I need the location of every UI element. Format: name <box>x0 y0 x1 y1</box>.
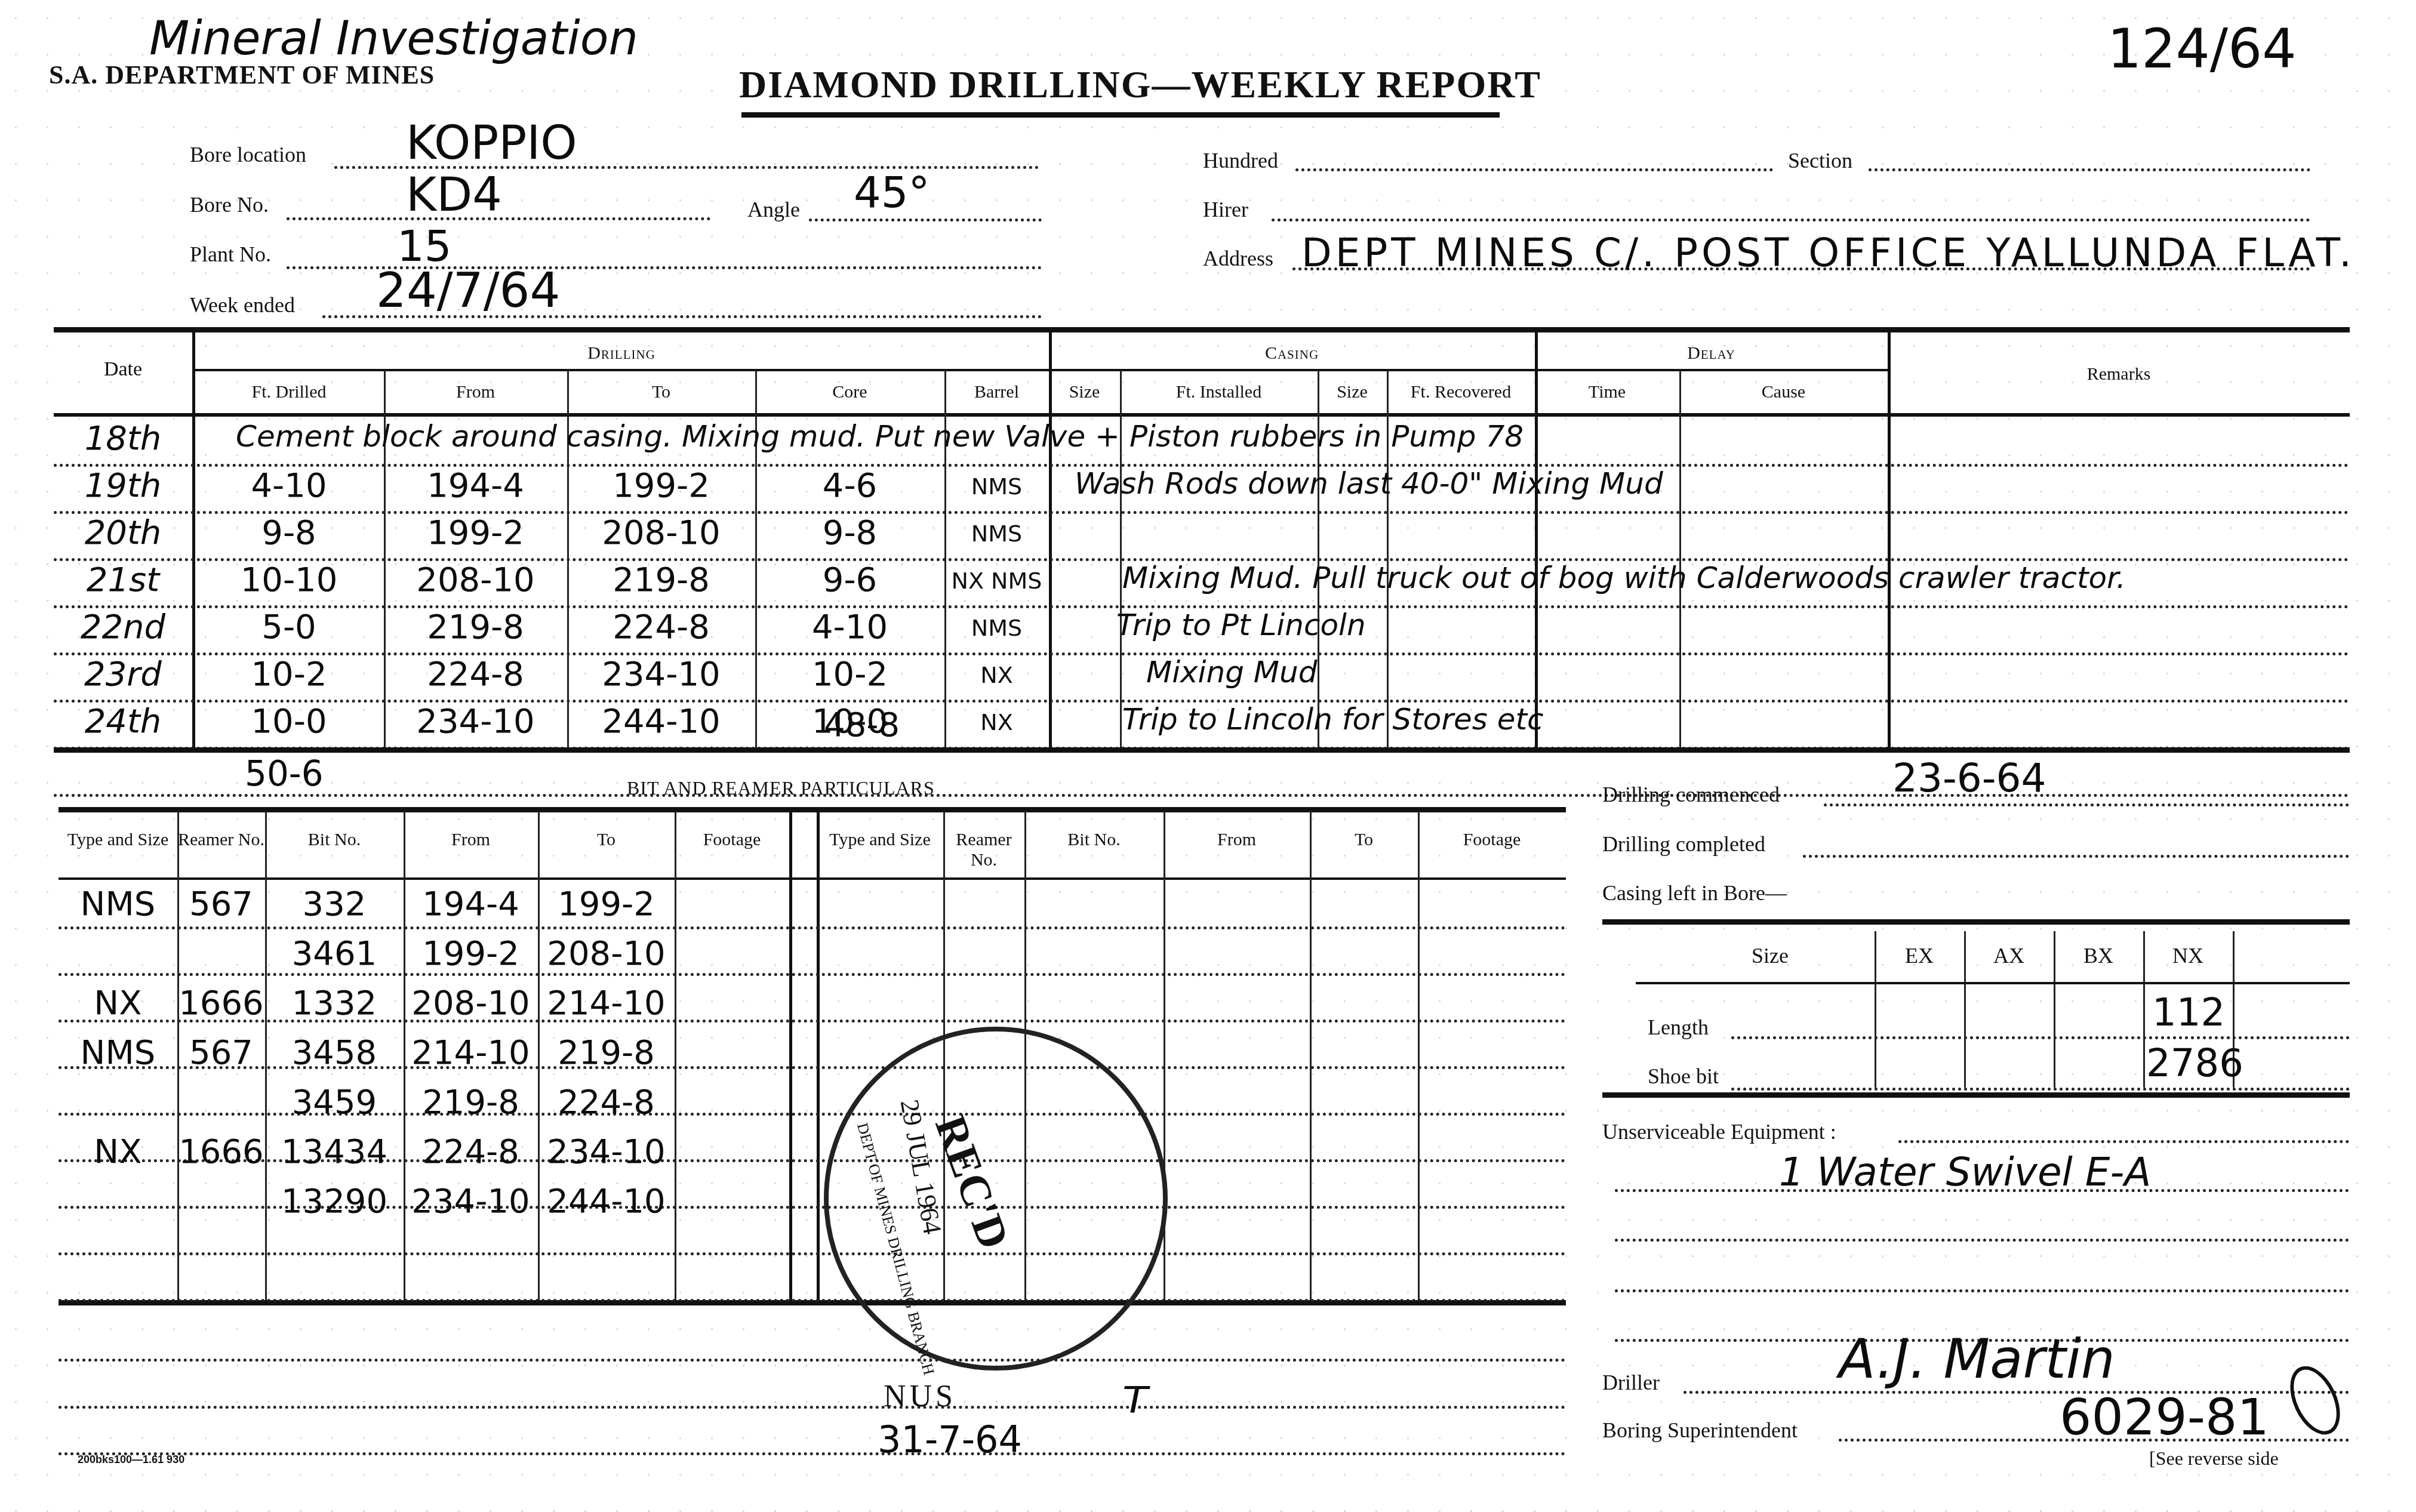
section-line <box>1869 168 2310 171</box>
cell-date: 19th <box>54 466 192 505</box>
cell-reamer: 567 <box>177 885 265 923</box>
row-line <box>1731 1088 2350 1091</box>
cell-to: 244-10 <box>567 702 755 741</box>
cell-ft-drilled: 5-0 <box>194 608 384 646</box>
col-header-ft-installed: Ft. Installed <box>1120 382 1318 402</box>
cell-to: 199-2 <box>567 466 755 505</box>
cell-from: 234-10 <box>404 1182 538 1221</box>
superintendent-entry[interactable]: 6029-81 <box>2060 1388 2269 1446</box>
cell-from: 194-4 <box>404 885 538 923</box>
field-line <box>1615 1239 2349 1242</box>
initial-mark: ᵀ <box>1122 1373 1147 1449</box>
cell-from: 224-8 <box>384 655 567 694</box>
bore-location-value[interactable]: KOPPIO <box>406 116 577 170</box>
cell-ft-drilled: 4-10 <box>194 466 384 505</box>
col-header-delay-time: Time <box>1535 382 1679 402</box>
header-bottom-rule <box>54 413 2350 417</box>
cell-date: 20th <box>54 513 192 552</box>
cell-date: 23rd <box>54 655 192 694</box>
cell-to: 219-8 <box>538 1033 675 1072</box>
nx-shoe-bit-value: 2786 <box>2146 1042 2243 1086</box>
cell-bit: 13290 <box>265 1182 404 1221</box>
cell-reamer: 1666 <box>177 1132 265 1171</box>
row-line <box>59 1299 1566 1302</box>
row-line <box>59 1252 1566 1255</box>
total-ft-drilled: 50-6 <box>245 753 324 794</box>
cell-bit: 1332 <box>265 984 404 1023</box>
cell-from: 199-2 <box>384 513 567 552</box>
bit-col-header-1: Bit No. <box>265 830 404 850</box>
angle-value[interactable]: 45° <box>854 167 930 217</box>
angle-label: Angle <box>747 197 800 222</box>
drilling-commenced-value[interactable]: 23-6-64 <box>1892 755 2046 801</box>
cell-ft-drilled: 10-0 <box>194 702 384 741</box>
cell-to: 234-10 <box>538 1132 675 1171</box>
group-header-delay: Delay <box>1535 343 1888 364</box>
col-header-barrel: Barrel <box>944 382 1049 402</box>
drilling-commenced-label: Drilling commenced <box>1602 782 1780 807</box>
col-header-core: Core <box>755 382 944 402</box>
casing-header-rule <box>1636 982 2350 984</box>
cell-ft-drilled: 10-2 <box>194 655 384 694</box>
cell-type: NMS <box>59 1033 177 1072</box>
col-divider <box>789 812 792 1300</box>
cell-bit: 13434 <box>265 1132 404 1171</box>
cell-to: 208-10 <box>538 934 675 973</box>
print-code: 200bks100—1.61 930 <box>78 1454 184 1466</box>
cell-reamer: 567 <box>177 1033 265 1072</box>
cell-to: 219-8 <box>567 561 755 599</box>
col-header-recovered-size: Size <box>1318 382 1387 402</box>
cell-to: 244-10 <box>538 1182 675 1221</box>
plant-no-label: Plant No. <box>190 242 271 267</box>
bit-col-header-1: Footage <box>675 830 789 850</box>
group-header-casing: Casing <box>1049 343 1535 364</box>
bit-table-top-rule <box>59 807 1566 812</box>
cell-from: 224-8 <box>404 1132 538 1171</box>
bore-no-value[interactable]: KD4 <box>406 168 502 222</box>
row-line <box>1731 1036 2350 1039</box>
cell-from: 214-10 <box>404 1033 538 1072</box>
driller-label: Driller <box>1602 1370 1660 1395</box>
cell-type: NX <box>59 1132 177 1171</box>
cell-date: 24th <box>54 702 192 741</box>
casing-size-label: Size <box>1666 943 1875 968</box>
nx-length-value: 112 <box>2152 991 2225 1035</box>
reverse-side-note: [See reverse side <box>2149 1448 2279 1470</box>
casing-left-label: Casing left in Bore— <box>1602 880 1787 906</box>
bit-col-header-2: To <box>1310 830 1418 850</box>
address-label: Address <box>1203 246 1273 271</box>
bit-col-header-2: From <box>1164 830 1310 850</box>
row-line <box>59 973 1566 976</box>
casing-size-nx: NX <box>2143 943 2233 968</box>
cell-date: 21st <box>54 561 192 599</box>
col-divider <box>675 812 676 1300</box>
field-line <box>1898 1140 2349 1143</box>
driller-signature[interactable]: A.J. Martin <box>1839 1328 2115 1391</box>
field-line <box>1615 1189 2349 1192</box>
row-note: Mixing Mud. Pull truck out of bog with C… <box>1122 561 2126 595</box>
row-note: Trip to Pt Lincoln <box>1116 608 1366 642</box>
row-note: Cement block around casing. Mixing mud. … <box>236 419 1524 454</box>
table-bottom-rule <box>54 747 2350 753</box>
superintendent-label: Boring Superintendent <box>1602 1418 1798 1443</box>
cell-from: 219-8 <box>404 1083 538 1122</box>
angle-line <box>809 218 1042 221</box>
file-number: 124/64 <box>2107 18 2297 81</box>
casing-size-ax: AX <box>1964 943 2054 968</box>
group-header-rule <box>194 369 1888 371</box>
cell-barrel: NX <box>944 662 1049 688</box>
col-divider <box>817 812 820 1300</box>
col-header-date: Date <box>54 358 192 381</box>
bit-col-header-2: Reamer No. <box>943 830 1024 870</box>
casing-table-top-rule <box>1602 919 2350 925</box>
cell-reamer: 1666 <box>177 984 265 1023</box>
cell-to: 224-8 <box>567 608 755 646</box>
table-top-rule <box>54 327 2350 332</box>
col-header-remarks: Remarks <box>1888 364 2350 384</box>
casing-size-ex: EX <box>1875 943 1964 968</box>
report-title: DIAMOND DRILLING—WEEKLY REPORT <box>739 63 1541 107</box>
bit-col-header-2: Footage <box>1418 830 1566 850</box>
col-divider <box>1418 812 1420 1300</box>
row-note: Trip to Lincoln for Stores etc <box>1122 702 1544 737</box>
col-header-from: From <box>384 382 567 402</box>
cell-barrel: NMS <box>944 615 1049 641</box>
col-header-ft-drilled: Ft. Drilled <box>194 382 384 402</box>
row-line <box>59 926 1566 929</box>
cell-to: 224-8 <box>538 1083 675 1122</box>
hirer-label: Hirer <box>1203 197 1248 222</box>
footer-line <box>59 1359 1566 1362</box>
cell-from: 194-4 <box>384 466 567 505</box>
cell-date: 22nd <box>54 608 192 646</box>
cell-core: 9-6 <box>755 561 944 599</box>
field-line <box>1615 1289 2349 1292</box>
cell-from: 234-10 <box>384 702 567 741</box>
group-header-drilling: Drilling <box>194 343 1049 364</box>
bit-header-rule <box>59 877 1566 880</box>
cell-barrel: NX NMS <box>944 568 1049 594</box>
casing-shoe-bit-label: Shoe bit <box>1648 1064 1719 1089</box>
cell-to: 234-10 <box>567 655 755 694</box>
cell-to: 199-2 <box>538 885 675 923</box>
week-ended-value[interactable]: 24/7/64 <box>376 263 560 318</box>
cell-core: 10-2 <box>755 655 944 694</box>
initialled-date: 31-7-64 <box>878 1418 1022 1461</box>
cell-date: 18th <box>54 419 192 458</box>
col-divider <box>1310 812 1312 1300</box>
cell-bit: 3459 <box>265 1083 404 1122</box>
hirer-line <box>1272 218 2310 221</box>
col-header-casing-size: Size <box>1049 382 1120 402</box>
field-line <box>1824 803 2349 806</box>
bit-col-header-1: From <box>404 830 538 850</box>
cell-from: 208-10 <box>384 561 567 599</box>
row-note: Mixing Mud <box>1146 655 1317 689</box>
footer-line <box>59 1406 1566 1409</box>
bit-col-header-1: To <box>538 830 675 850</box>
week-ended-label: Week ended <box>190 292 295 318</box>
cell-bit: 3461 <box>265 934 404 973</box>
field-line <box>1803 855 2349 858</box>
bit-table-title: BIT AND REAMER PARTICULARS <box>627 777 935 799</box>
bore-location-label: Bore location <box>190 142 306 167</box>
hundred-label: Hundred <box>1203 148 1278 173</box>
bore-no-label: Bore No. <box>190 192 269 217</box>
cell-bit: 332 <box>265 885 404 923</box>
casing-size-bx: BX <box>2054 943 2143 968</box>
section-label: Section <box>1788 148 1852 173</box>
cell-core: 4-10 <box>755 608 944 646</box>
bit-col-header-2: Type and Size <box>817 830 943 850</box>
initials-stamp: NUS <box>884 1379 956 1414</box>
cell-barrel: NX <box>944 709 1049 735</box>
paper-speckle <box>0 0 2416 1512</box>
cell-bit: 3458 <box>265 1033 404 1072</box>
cell-core: 4-6 <box>755 466 944 505</box>
bit-col-header-1: Reamer No. <box>177 830 265 850</box>
handwritten-heading: Mineral Investigation <box>149 12 638 66</box>
unserviceable-label: Unserviceable Equipment : <box>1602 1119 1836 1144</box>
total-core: 48-8 <box>824 706 900 744</box>
row-note: Wash Rods down last 40-0" Mixing Mud <box>1075 466 1663 501</box>
drilling-completed-label: Drilling completed <box>1602 832 1765 857</box>
hundred-line <box>1295 168 1773 171</box>
cell-ft-drilled: 10-10 <box>194 561 384 599</box>
cell-to: 214-10 <box>538 984 675 1023</box>
cell-from: 208-10 <box>404 984 538 1023</box>
cell-type: NMS <box>59 885 177 923</box>
casing-table-bottom-rule <box>1602 1092 2350 1098</box>
cell-type: NX <box>59 984 177 1023</box>
received-stamp: REC'D 29 JUL 1964 DEPT OF MINES DRILLING… <box>824 1027 1168 1371</box>
cell-core: 9-8 <box>755 513 944 552</box>
bit-col-header-1: Type and Size <box>59 830 177 850</box>
circled-mark <box>2280 1359 2350 1443</box>
cell-to: 208-10 <box>567 513 755 552</box>
cell-from: 199-2 <box>404 934 538 973</box>
footer-line <box>59 1452 1566 1455</box>
title-underline <box>741 112 1500 118</box>
address-value[interactable]: DEPT MINES C/. POST OFFICE YALLUNDA FLAT… <box>1301 230 2355 276</box>
col-divider <box>1888 327 1891 751</box>
casing-length-label: Length <box>1648 1015 1709 1040</box>
cell-from: 219-8 <box>384 608 567 646</box>
cell-barrel: NMS <box>944 473 1049 500</box>
col-header-delay-cause: Cause <box>1679 382 1888 402</box>
col-header-ft-recovered: Ft. Recovered <box>1387 382 1535 402</box>
col-header-to: To <box>567 382 755 402</box>
cell-ft-drilled: 9-8 <box>194 513 384 552</box>
cell-barrel: NMS <box>944 521 1049 547</box>
department-name: S.A. DEPARTMENT OF MINES <box>49 60 435 90</box>
bit-col-header-2: Bit No. <box>1024 830 1164 850</box>
unserviceable-value[interactable]: 1 Water Swivel E-A <box>1779 1149 2152 1195</box>
